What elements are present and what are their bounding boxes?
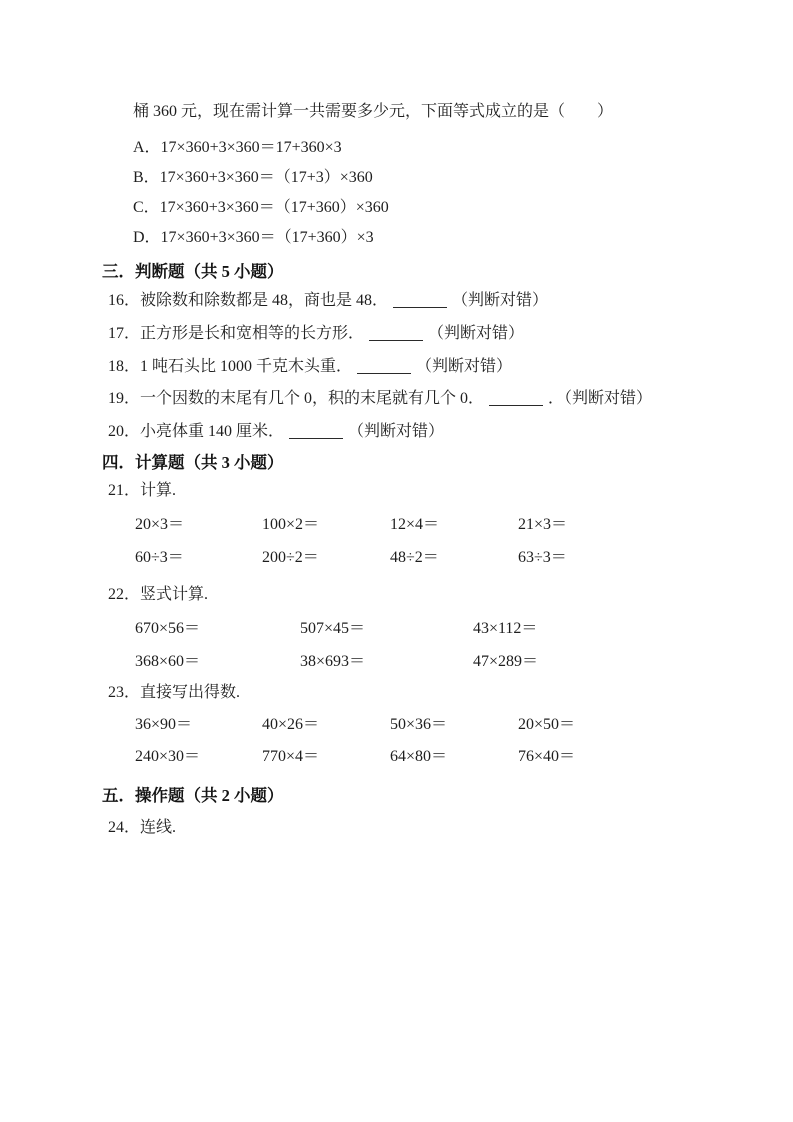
answer-blank	[489, 391, 543, 406]
math-expression: 48÷2＝	[390, 544, 518, 567]
answer-blank	[369, 326, 423, 341]
exam-document-page: 桶 360 元，现在需计算一共需要多少元，下面等式成立的是（ ） A．17×36…	[0, 0, 793, 1122]
judgement-16-text: 16．被除数和除数都是 48，商也是 48．	[108, 292, 388, 309]
math-expression: 47×289＝	[473, 648, 538, 671]
option-b: B．17×360+3×360＝（17+3）×360	[133, 166, 389, 196]
judgement-item-18: 18．1 吨石头比 1000 千克木头重．（判断对错）	[108, 355, 652, 388]
judgement-18-text: 18．1 吨石头比 1000 千克木头重．	[108, 358, 352, 375]
q22-row-1: 670×56＝ 507×45＝ 43×112＝	[135, 615, 537, 638]
math-expression: 63÷3＝	[518, 544, 567, 567]
section-calc-heading: 四．计算题（共 3 小题）	[102, 449, 284, 473]
judgement-20-text: 20．小亮体重 140 厘米．	[108, 423, 284, 440]
math-expression: 43×112＝	[473, 615, 537, 638]
choice-question-stem: 桶 360 元，现在需计算一共需要多少元，下面等式成立的是（ ）	[133, 98, 613, 121]
q22-row-2: 368×60＝ 38×693＝ 47×289＝	[135, 648, 538, 671]
math-expression: 76×40＝	[518, 743, 575, 766]
math-expression: 50×36＝	[390, 711, 518, 734]
math-expression: 770×4＝	[262, 743, 390, 766]
option-a: A．17×360+3×360＝17+360×3	[133, 136, 389, 166]
math-expression: 36×90＝	[135, 711, 262, 734]
judgement-item-17: 17．正方形是长和宽相等的长方形．（判断对错）	[108, 322, 652, 355]
math-expression: 100×2＝	[262, 511, 390, 534]
math-expression: 20×50＝	[518, 711, 575, 734]
math-expression: 21×3＝	[518, 511, 567, 534]
math-expression: 60÷3＝	[135, 544, 262, 567]
answer-blank	[357, 359, 411, 374]
math-expression: 670×56＝	[135, 615, 300, 638]
q21-row-1: 20×3＝ 100×2＝ 12×4＝ 21×3＝	[135, 511, 567, 534]
math-expression: 368×60＝	[135, 648, 300, 671]
question-21-title: 21．计算.	[108, 479, 176, 503]
question-24-title: 24．连线.	[108, 816, 176, 840]
section-operate-heading: 五．操作题（共 2 小题）	[102, 782, 284, 806]
math-expression: 40×26＝	[262, 711, 390, 734]
option-c: C．17×360+3×360＝（17+360）×360	[133, 196, 389, 226]
math-expression: 38×693＝	[300, 648, 473, 671]
judgement-items: 16．被除数和除数都是 48，商也是 48．（判断对错） 17．正方形是长和宽相…	[108, 289, 652, 453]
judgement-item-19: 19．一个因数的末尾有几个 0，积的末尾就有几个 0．．（判断对错）	[108, 387, 652, 420]
math-expression: 64×80＝	[390, 743, 518, 766]
math-expression: 200÷2＝	[262, 544, 390, 567]
math-expression: 20×3＝	[135, 511, 262, 534]
judgement-item-16: 16．被除数和除数都是 48，商也是 48．（判断对错）	[108, 289, 652, 322]
judgement-19-suffix: ．（判断对错）	[548, 390, 652, 407]
judgement-16-suffix: （判断对错）	[452, 292, 548, 309]
math-expression: 12×4＝	[390, 511, 518, 534]
judgement-18-suffix: （判断对错）	[416, 358, 512, 375]
option-d: D．17×360+3×360＝（17+360）×3	[133, 226, 389, 256]
judgement-17-text: 17．正方形是长和宽相等的长方形．	[108, 325, 364, 342]
judgement-17-suffix: （判断对错）	[428, 325, 524, 342]
judgement-19-text: 19．一个因数的末尾有几个 0，积的末尾就有几个 0．	[108, 390, 484, 407]
math-expression: 507×45＝	[300, 615, 473, 638]
q23-row-1: 36×90＝ 40×26＝ 50×36＝ 20×50＝	[135, 711, 575, 734]
q23-row-2: 240×30＝ 770×4＝ 64×80＝ 76×40＝	[135, 743, 575, 766]
q21-row-2: 60÷3＝ 200÷2＝ 48÷2＝ 63÷3＝	[135, 544, 567, 567]
question-23-title: 23．直接写出得数.	[108, 681, 240, 705]
judgement-20-suffix: （判断对错）	[348, 423, 444, 440]
answer-blank	[289, 424, 343, 439]
section-judgement-heading: 三．判断题（共 5 小题）	[102, 258, 284, 282]
question-22-title: 22．竖式计算.	[108, 583, 208, 607]
math-expression: 240×30＝	[135, 743, 262, 766]
choice-options: A．17×360+3×360＝17+360×3 B．17×360+3×360＝（…	[133, 136, 389, 256]
answer-blank	[393, 293, 447, 308]
